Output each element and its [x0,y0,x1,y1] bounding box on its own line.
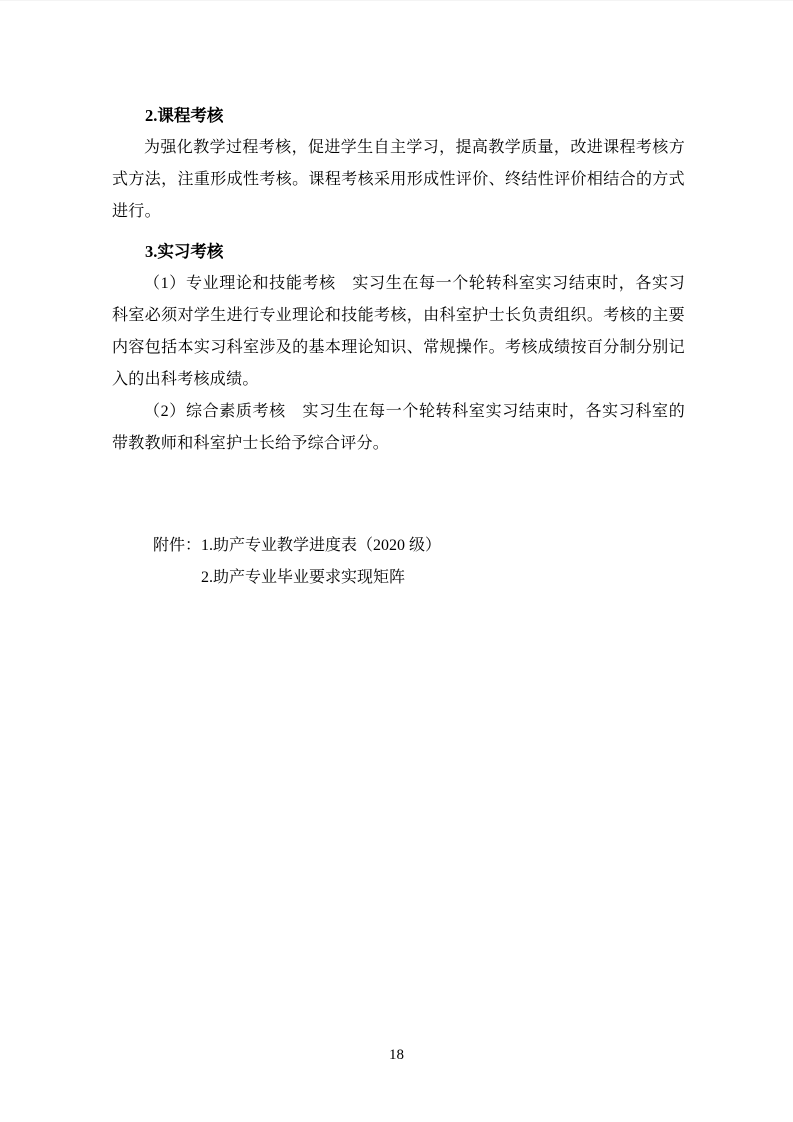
paragraph-comprehensive-quality-assessment: （2）综合素质考核 实习生在每一个轮转科室实习结束时，各实习科室的带教教师和科室… [112,396,685,460]
attachments-label: 附件： [153,530,201,562]
attachments-block: 附件： 1.助产专业教学进度表（2020 级） 2.助产专业毕业要求实现矩阵 [112,530,685,594]
attachments-list: 1.助产专业教学进度表（2020 级） 2.助产专业毕业要求实现矩阵 [201,530,441,594]
section-heading-internship-assessment: 3.实习考核 [112,236,685,268]
document-page: 2.课程考核 为强化教学过程考核，促进学生自主学习，提高教学质量，改进课程考核方… [0,0,793,1122]
paragraph-theory-and-skill-assessment: （1）专业理论和技能考核 实习生在每一个轮转科室实习结束时，各实习科室必须对学生… [112,268,685,396]
page-number: 18 [0,1048,793,1063]
attachment-item-graduation-matrix: 2.助产专业毕业要求实现矩阵 [201,562,441,594]
paragraph-course-assessment: 为强化教学过程考核，促进学生自主学习，提高教学质量，改进课程考核方式方法，注重形… [112,132,685,228]
section-heading-course-assessment: 2.课程考核 [112,100,685,132]
document-content: 2.课程考核 为强化教学过程考核，促进学生自主学习，提高教学质量，改进课程考核方… [112,100,685,594]
attachment-item-teaching-schedule: 1.助产专业教学进度表（2020 级） [201,530,441,562]
